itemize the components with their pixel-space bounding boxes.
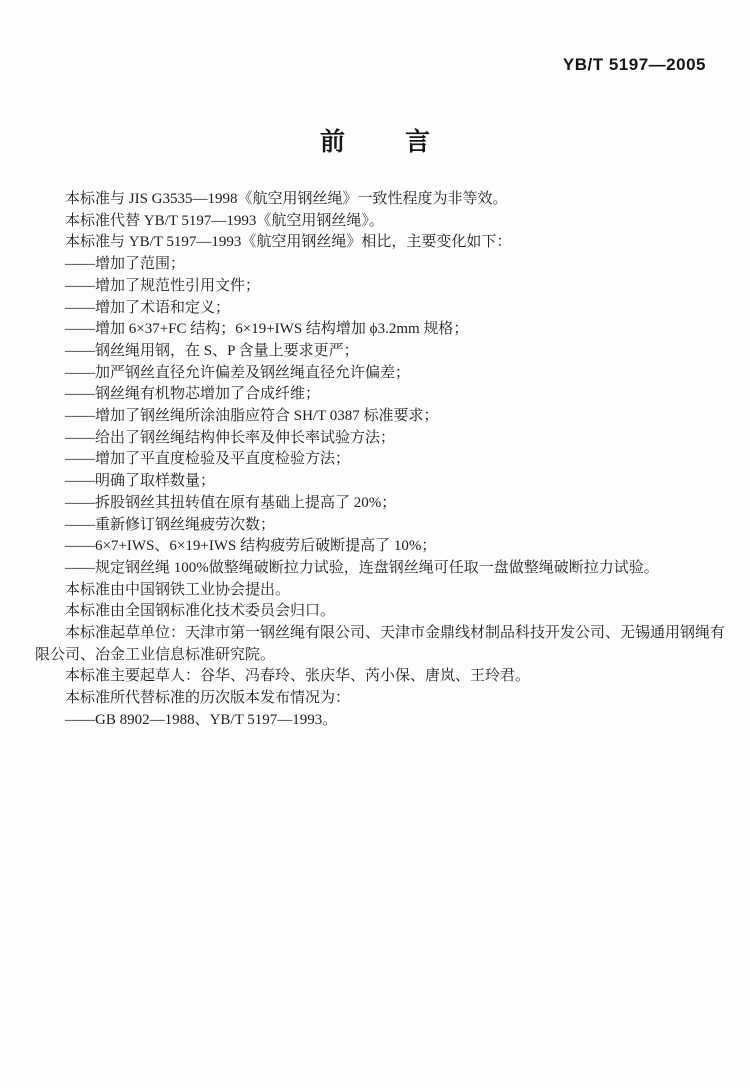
text-line: ——增加了平直度检验及平直度检验方法； bbox=[35, 449, 714, 471]
text-line: 本标准起草单位：天津市第一钢丝绳有限公司、天津市金鼎线材制品科技开发公司、无锡通… bbox=[35, 623, 714, 645]
text-line: ——加严钢丝直径允许偏差及钢丝绳直径允许偏差； bbox=[35, 363, 714, 385]
title-char-2: 言 bbox=[405, 128, 430, 156]
text-line: ——增加了钢丝绳所涂油脂应符合 SH/T 0387 标准要求； bbox=[35, 406, 714, 428]
text-line: ——增加了术语和定义； bbox=[35, 298, 714, 320]
text-line: 本标准由全国钢标准化技术委员会归口。 bbox=[35, 601, 714, 623]
text-line: ——6×7+IWS、6×19+IWS 结构疲劳后破断提高了 10%； bbox=[35, 536, 714, 558]
text-line: ——给出了钢丝绳结构伸长率及伸长率试验方法； bbox=[35, 428, 714, 450]
text-line: ——重新修订钢丝绳疲劳次数； bbox=[35, 515, 714, 537]
doc-number: YB/T 5197—2005 bbox=[563, 55, 706, 75]
document-page: YB/T 5197—2005 前言 本标准与 JIS G3535—1998《航空… bbox=[0, 0, 750, 1088]
text-line: ——拆股钢丝其扭转值在原有基础上提高了 20%； bbox=[35, 493, 714, 515]
text-line: 本标准主要起草人：谷华、冯春玲、张庆华、芮小保、唐岚、王玲君。 bbox=[35, 666, 714, 688]
text-line: ——增加 6×37+FC 结构；6×19+IWS 结构增加 ϕ3.2mm 规格； bbox=[35, 319, 714, 341]
foreword-body: 本标准与 JIS G3535—1998《航空用钢丝绳》一致性程度为非等效。 本标… bbox=[35, 189, 714, 732]
text-line: ——规定钢丝绳 100%做整绳破断拉力试验，连盘钢丝绳可任取一盘做整绳破断拉力试… bbox=[35, 558, 714, 580]
text-line: ——钢丝绳用钢，在 S、P 含量上要求更严； bbox=[35, 341, 714, 363]
text-line: 限公司、冶金工业信息标准研究院。 bbox=[35, 645, 714, 667]
text-line: 本标准与 YB/T 5197—1993《航空用钢丝绳》相比，主要变化如下： bbox=[35, 232, 714, 254]
text-line: ——GB 8902—1988、YB/T 5197—1993。 bbox=[35, 710, 714, 732]
text-line: ——钢丝绳有机物芯增加了合成纤维； bbox=[35, 384, 714, 406]
text-line: 本标准所代替标准的历次版本发布情况为： bbox=[35, 688, 714, 710]
text-line: ——增加了范围； bbox=[35, 254, 714, 276]
text-line: 本标准与 JIS G3535—1998《航空用钢丝绳》一致性程度为非等效。 bbox=[35, 189, 714, 211]
text-line: 本标准由中国钢铁工业协会提出。 bbox=[35, 580, 714, 602]
text-line: 本标准代替 YB/T 5197—1993《航空用钢丝绳》。 bbox=[35, 211, 714, 233]
page-title: 前言 bbox=[0, 122, 750, 158]
title-char-1: 前 bbox=[320, 128, 345, 156]
text-line: ——增加了规范性引用文件； bbox=[35, 276, 714, 298]
text-line: ——明确了取样数量； bbox=[35, 471, 714, 493]
